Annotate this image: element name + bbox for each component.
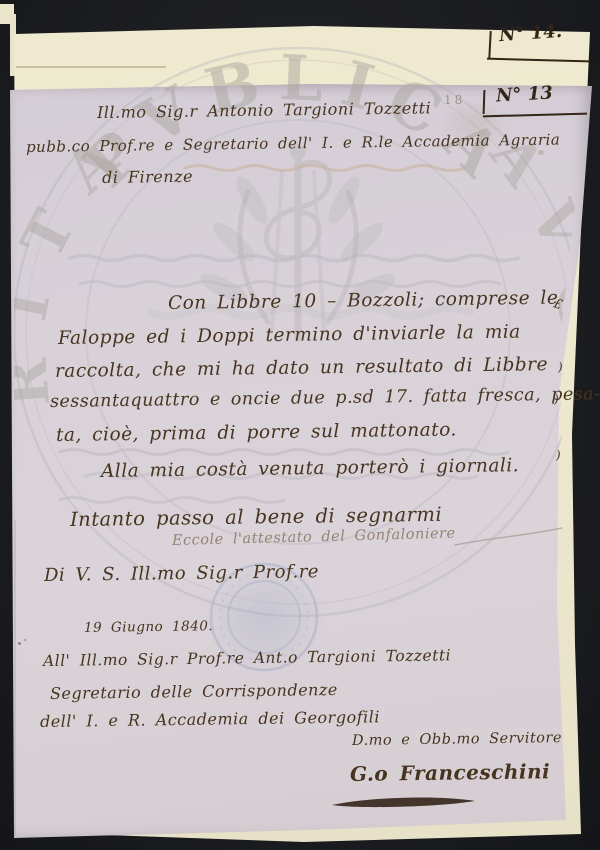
tab-number-label: N° 13 [495, 83, 553, 107]
scanned-letter-page: PVBLICA RITA AVG [0, 0, 600, 850]
paren-mark: ) [556, 448, 561, 462]
backing-page-edge-line [16, 66, 166, 68]
tab-number-label: N° 14. [498, 21, 562, 46]
foxing-spot [538, 150, 544, 155]
date-line: 19 Giugno 1840. [84, 618, 213, 636]
signature: G.o Franceschini [350, 759, 550, 786]
paren-mark: ) [558, 360, 563, 374]
crease-line [14, 520, 16, 836]
signature-flourish [328, 795, 480, 811]
tab-bracket-vertical [488, 31, 491, 59]
paren-mark: ) [554, 392, 559, 406]
corner-tab-lower: N° 13 [483, 88, 587, 116]
ink-speck [18, 642, 21, 645]
address-line: Segretario delle Corrispondenze [50, 680, 338, 703]
tab-bracket-vertical [483, 90, 486, 114]
salutation-line: Di V. S. Ill.mo Sig.r Prof.re [44, 561, 319, 586]
corner-tab-upper: N° 14. [489, 25, 589, 61]
heading-line: di Firenze [102, 167, 193, 187]
closing-line: D.mo e Obb.mo Servitore [352, 730, 562, 749]
ink-speck [24, 639, 26, 641]
folio-number-stamp: 18 [444, 93, 465, 107]
